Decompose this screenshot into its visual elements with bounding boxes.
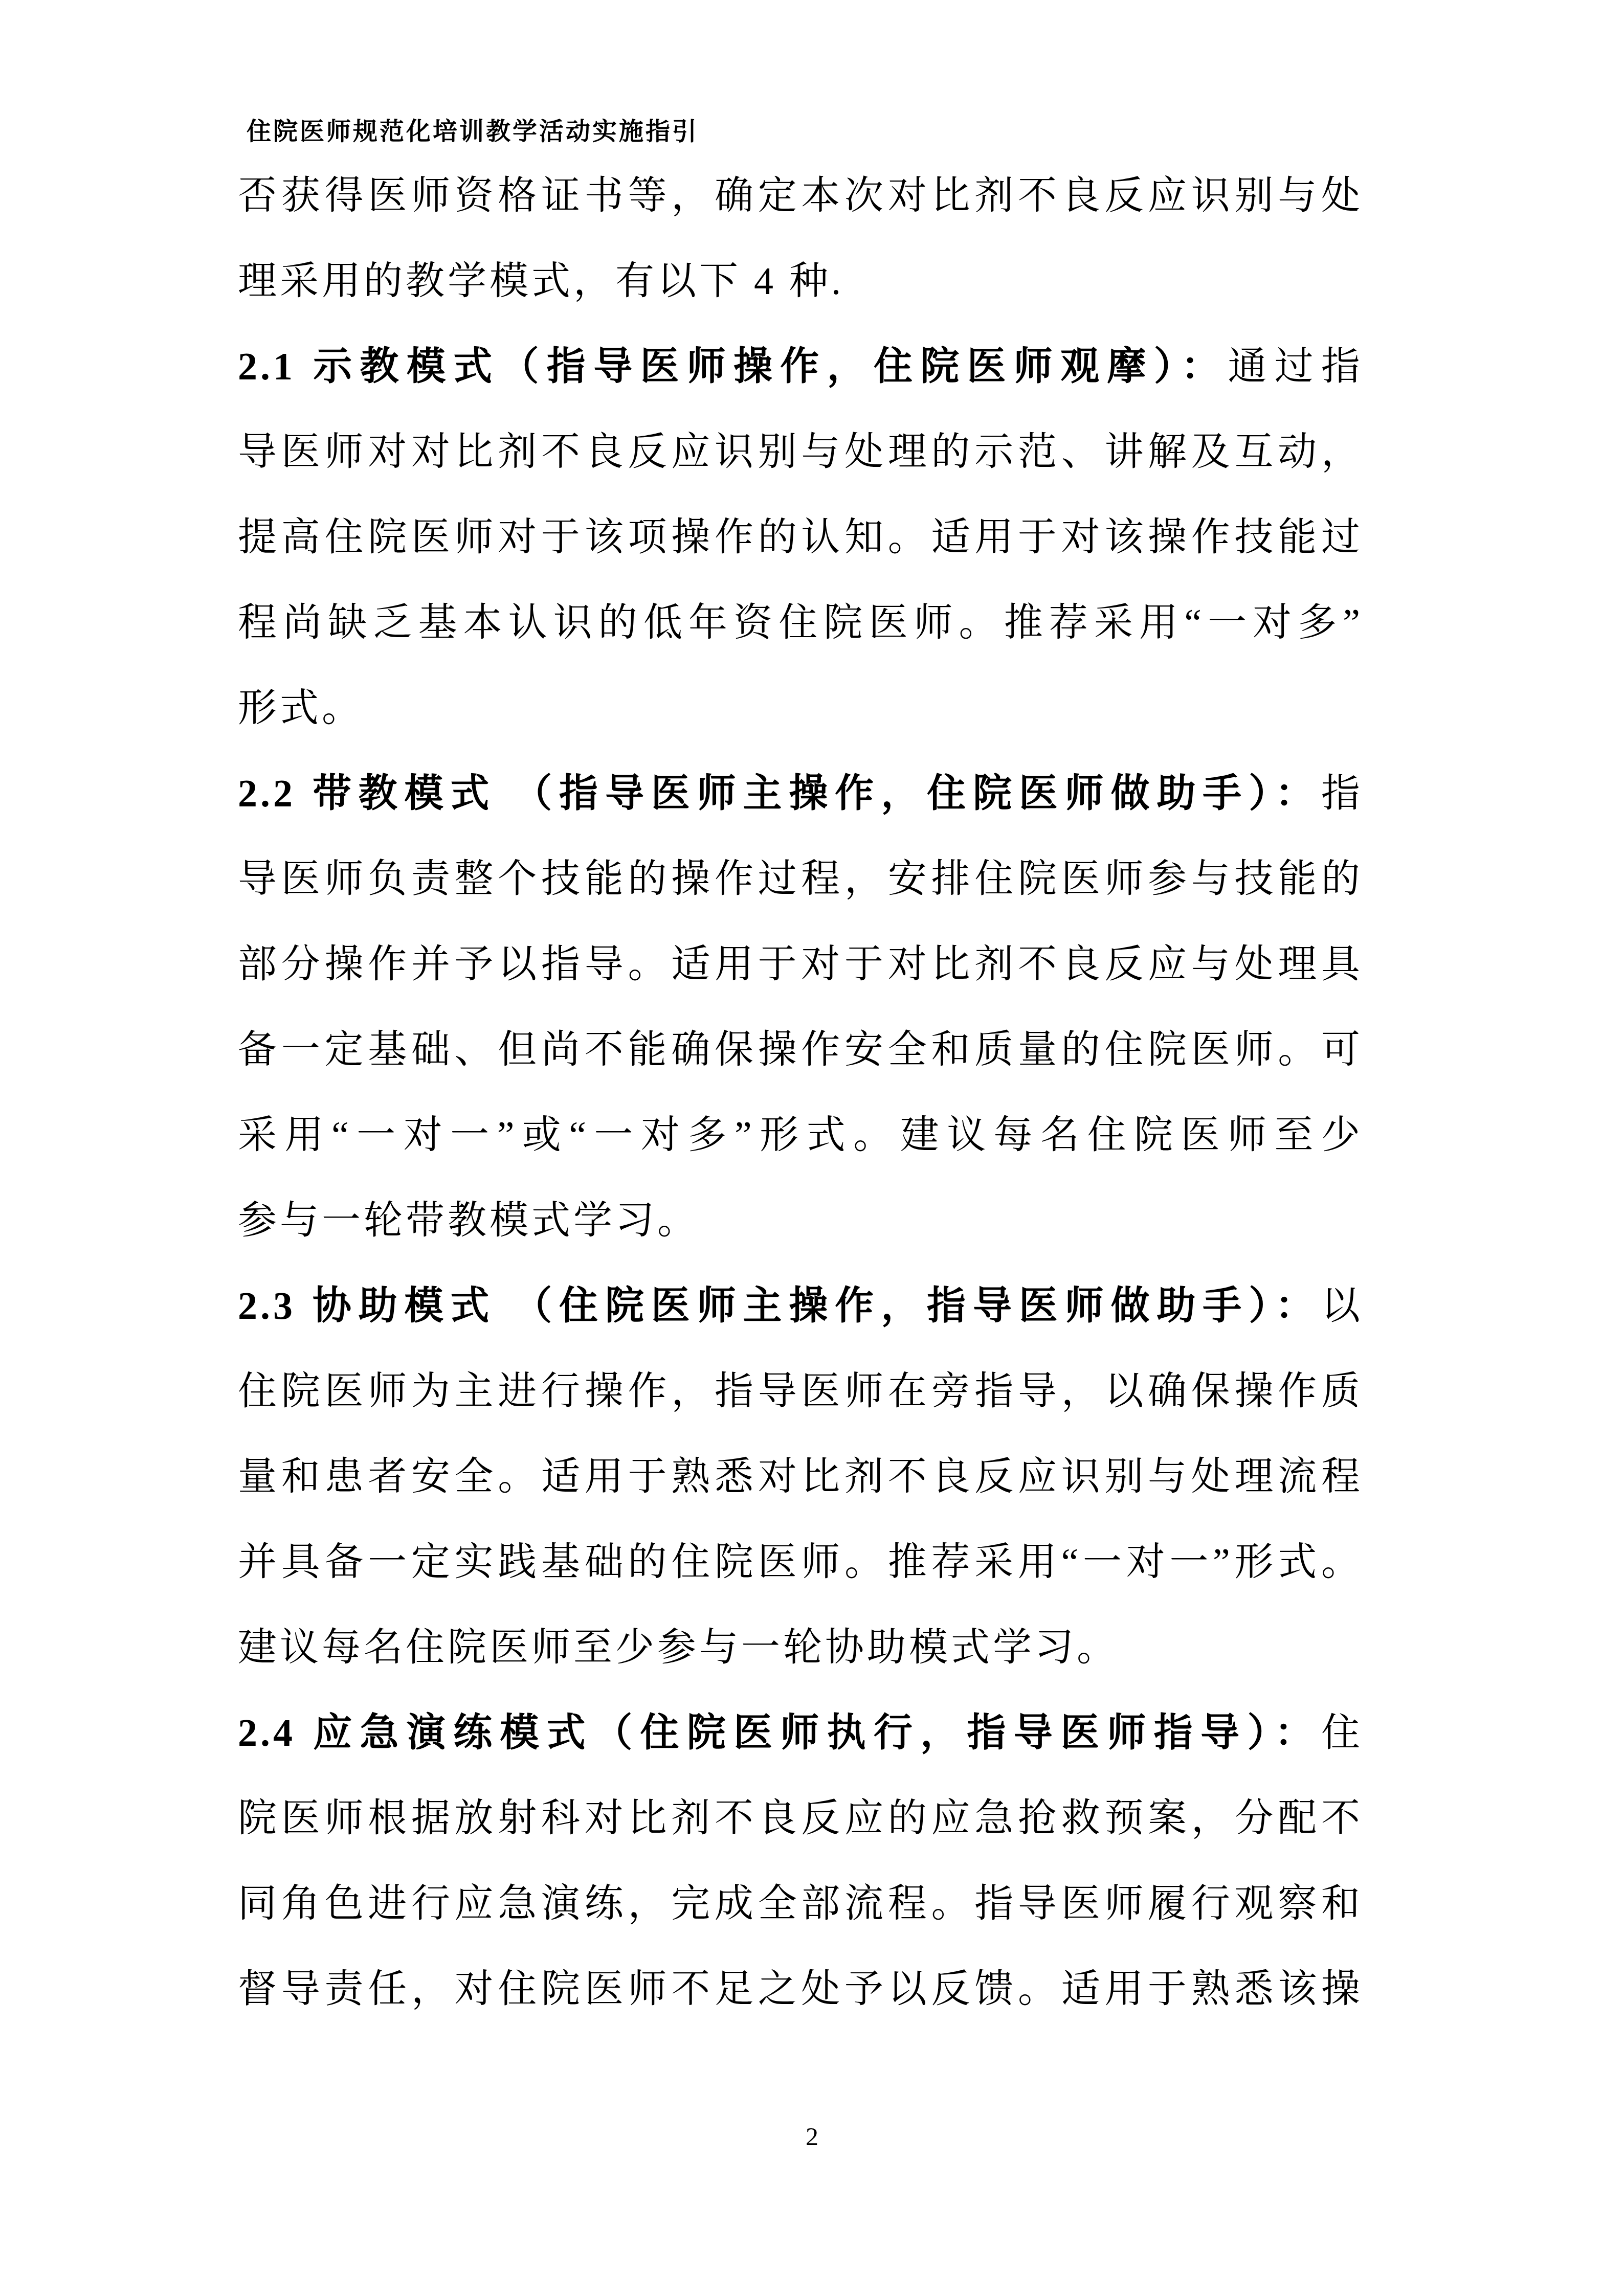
text-line: 2.1 示教模式（指导医师操作，住院医师观摩）：通过指 [238, 324, 1363, 410]
section-heading: 2.4 应急演练模式（住院医师执行，指导医师指导）： [238, 1712, 1321, 1754]
text-line: 导医师对对比剂不良反应识别与处理的示范、讲解及互动， [238, 410, 1363, 495]
text-line: 建议每名住院医师至少参与一轮协助模式学习。 [238, 1605, 1363, 1691]
document-page: 住院医师规范化培训教学活动实施指引 否获得医师资格证书等，确定本次对比剂不良反应… [0, 0, 1624, 2296]
document-header: 住院医师规范化培训教学活动实施指引 [247, 117, 699, 147]
text-line: 住院医师为主进行操作，指导医师在旁指导，以确保操作质 [238, 1349, 1363, 1434]
text-line: 2.2 带教模式 （指导医师主操作，住院医师做助手）：指 [238, 751, 1363, 837]
text-line: 量和患者安全。适用于熟悉对比剂不良反应识别与处理流程 [238, 1434, 1363, 1520]
text-line: 形式。 [238, 666, 1363, 751]
text-line: 并具备一定实践基础的住院医师。推荐采用“一对一”形式。 [238, 1520, 1363, 1605]
text-line: 2.4 应急演练模式（住院医师执行，指导医师指导）：住 [238, 1691, 1363, 1776]
text-line: 提高住院医师对于该项操作的认知。适用于对该操作技能过 [238, 495, 1363, 580]
section-heading: 2.2 带教模式 （指导医师主操作，住院医师做助手）： [238, 772, 1321, 815]
text-line: 采用“一对一”或“一对多”形式。建议每名住院医师至少 [238, 1093, 1363, 1178]
text-line: 部分操作并予以指导。适用于对于对比剂不良反应与处理具 [238, 922, 1363, 1007]
text-line: 院医师根据放射科对比剂不良反应的应急抢救预案，分配不 [238, 1776, 1363, 1861]
text-line: 理采用的教学模式，有以下 4 种. [238, 239, 1363, 324]
text-line: 同角色进行应急演练，完成全部流程。指导医师履行观察和 [238, 1861, 1363, 1947]
text-line: 导医师负责整个技能的操作过程，安排住院医师参与技能的 [238, 837, 1363, 922]
section-heading: 2.3 协助模式 （住院医师主操作，指导医师做助手）： [238, 1285, 1321, 1327]
text-line: 督导责任，对住院医师不足之处予以反馈。适用于熟悉该操 [238, 1947, 1363, 2032]
section-heading: 2.1 示教模式（指导医师操作，住院医师观摩）： [238, 345, 1228, 388]
text-line: 备一定基础、但尚不能确保操作安全和质量的住院医师。可 [238, 1007, 1363, 1093]
text-line: 程尚缺乏基本认识的低年资住院医师。推荐采用“一对多” [238, 580, 1363, 666]
text-line: 否获得医师资格证书等，确定本次对比剂不良反应识别与处 [238, 153, 1363, 239]
text-line: 参与一轮带教模式学习。 [238, 1178, 1363, 1264]
text-line: 2.3 协助模式 （住院医师主操作，指导医师做助手）：以 [238, 1264, 1363, 1349]
page-number: 2 [0, 2121, 1624, 2152]
body-text: 否获得医师资格证书等，确定本次对比剂不良反应识别与处理采用的教学模式，有以下 4… [238, 153, 1363, 2032]
